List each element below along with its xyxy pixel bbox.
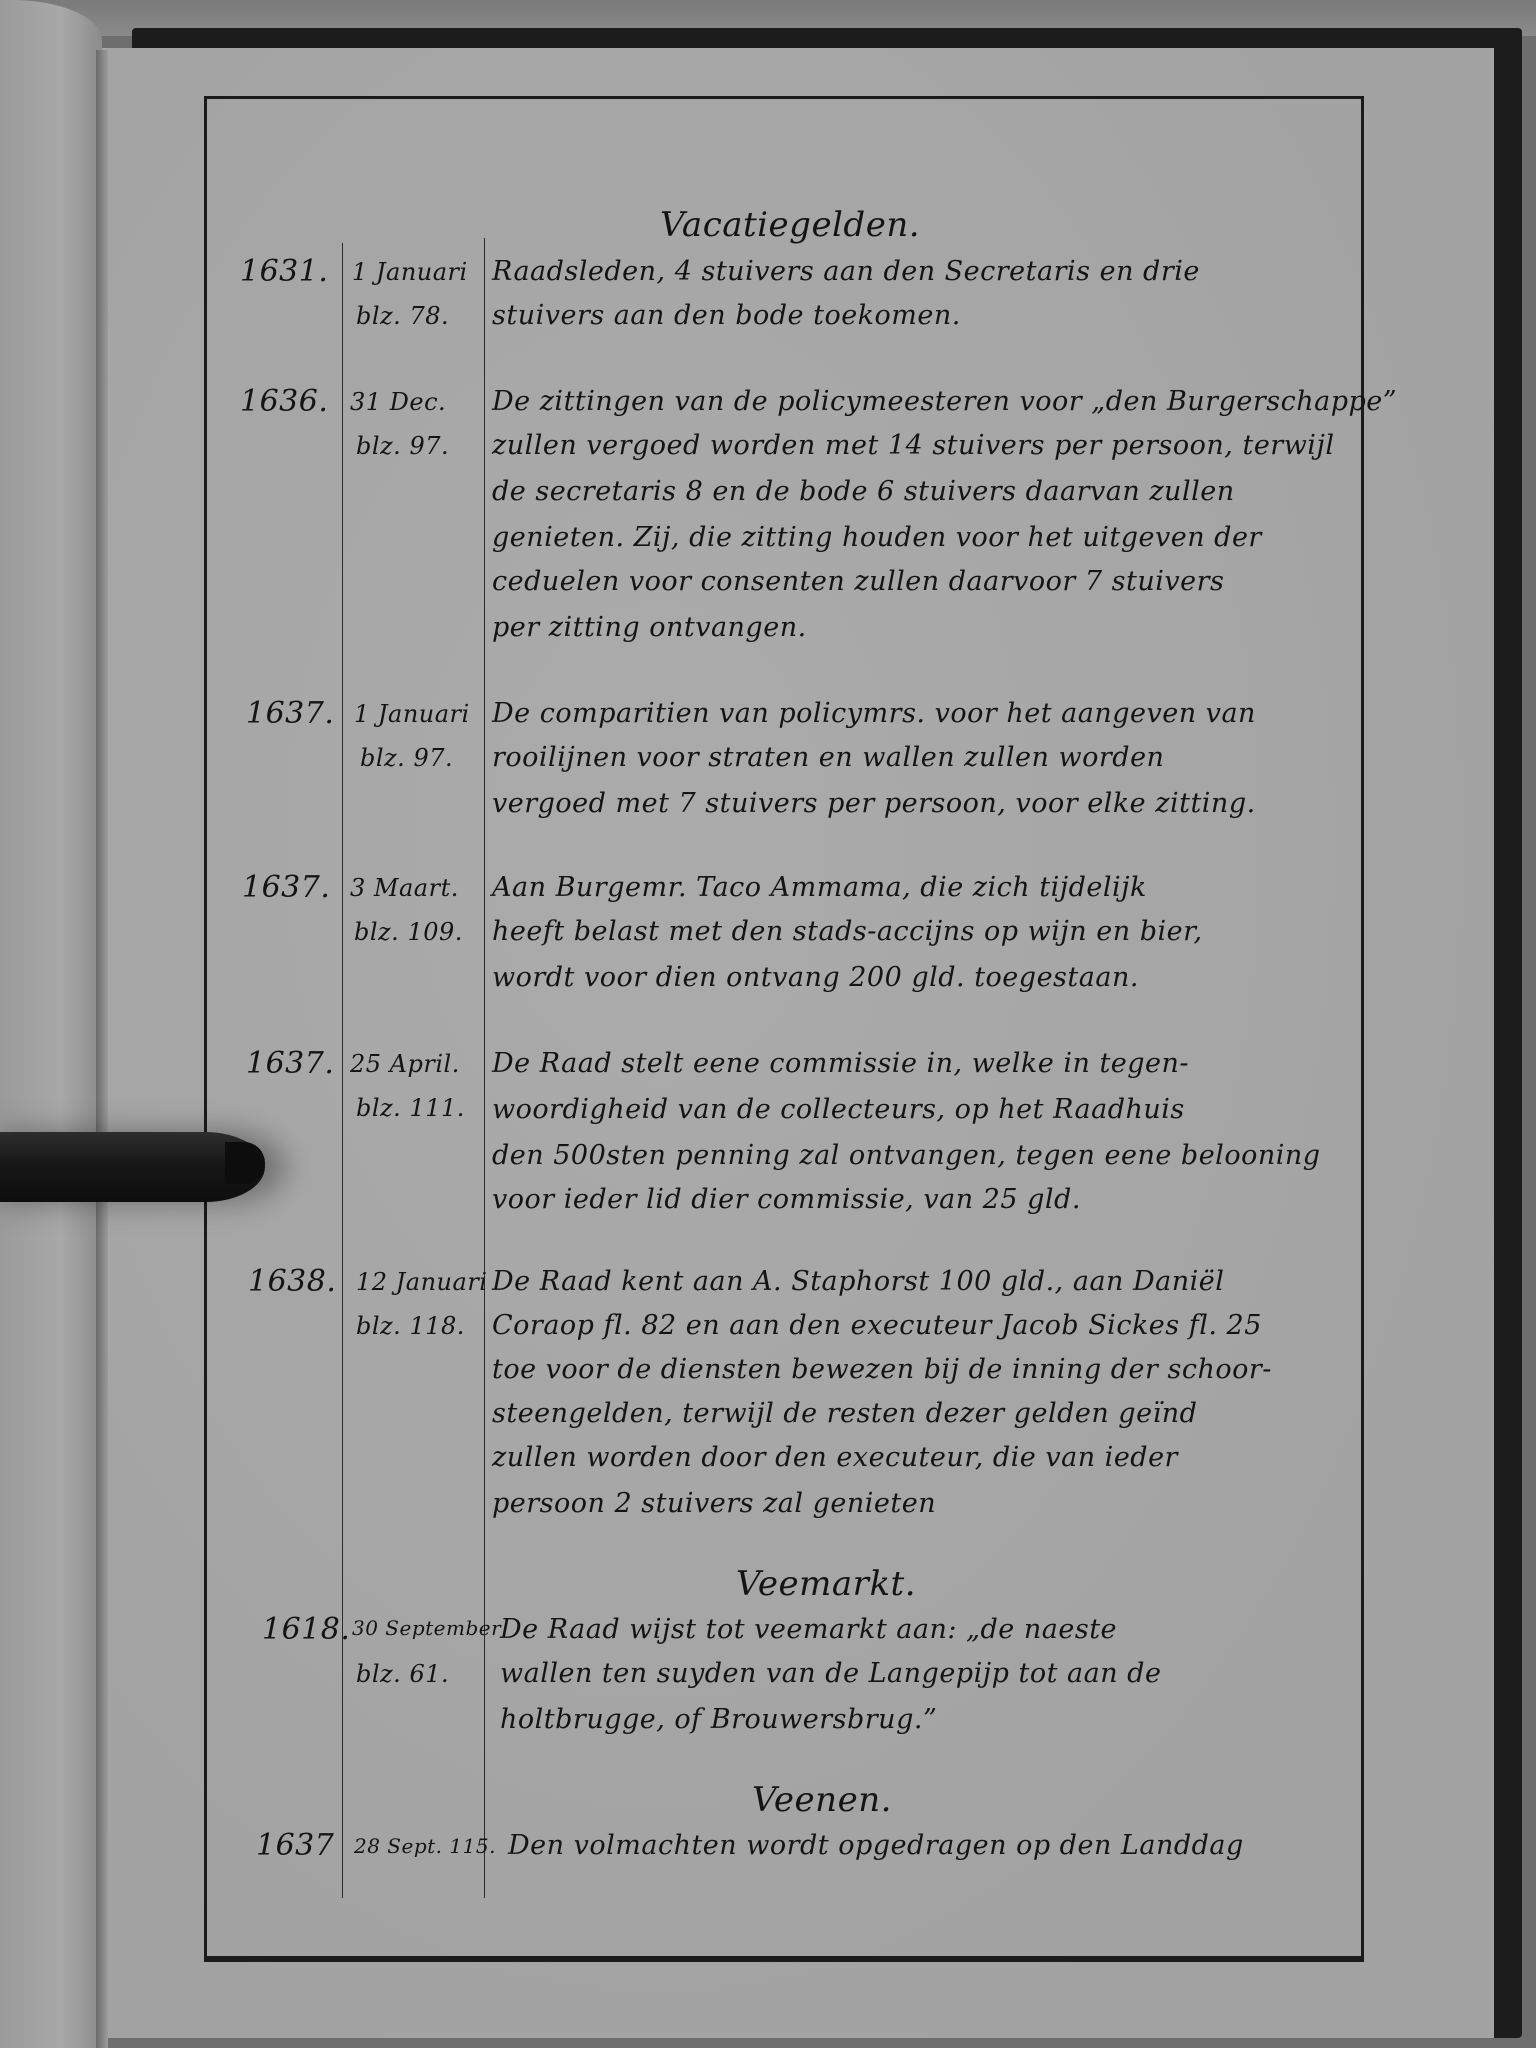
- entry-text-line: Den volmachten wordt opgedragen op den L…: [508, 1830, 1244, 1861]
- entry-date: 1 Januari: [352, 258, 468, 286]
- entry-year: 1637.: [246, 696, 334, 731]
- entry-year: 1637.: [242, 870, 330, 905]
- entry-text-line: ceduelen voor consenten zullen daarvoor …: [492, 566, 1224, 597]
- section-heading: Veenen.: [752, 1780, 892, 1820]
- entry-year: 1618.: [262, 1612, 350, 1647]
- entry-text-line: toe voor de diensten bewezen bij de inni…: [492, 1354, 1272, 1385]
- entry-year: 1638.: [248, 1264, 336, 1299]
- gutter-shadow: [96, 50, 108, 2048]
- entry-text-line: den 500sten penning zal ontvangen, tegen…: [492, 1140, 1321, 1171]
- entry-year: 1636.: [240, 384, 328, 419]
- entry-page-ref: blz. 111.: [356, 1094, 465, 1122]
- entry-page-ref: blz. 118.: [356, 1312, 465, 1340]
- entry-text-line: steengelden, terwijl de resten dezer gel…: [492, 1398, 1197, 1429]
- entry-page-ref: blz. 97.: [360, 744, 453, 772]
- entry-text-line: Aan Burgemr. Taco Ammama, die zich tijde…: [492, 872, 1147, 903]
- entry-text-line: de secretaris 8 en de bode 6 stuivers da…: [492, 476, 1235, 507]
- section-heading: Veemarkt.: [736, 1564, 916, 1604]
- pen-tip: [225, 1142, 265, 1184]
- entry-year: 1637: [256, 1828, 334, 1863]
- entry-text-line: De comparitien van policymrs. voor het a…: [492, 698, 1256, 729]
- entry-text-line: vergoed met 7 stuivers per persoon, voor…: [492, 788, 1256, 819]
- entry-text-line: zullen worden door den executeur, die va…: [492, 1442, 1178, 1473]
- entry-text-line: Raadsleden, 4 stuivers aan den Secretari…: [492, 256, 1200, 287]
- entry-page-ref: blz. 61.: [356, 1660, 449, 1688]
- section-heading: Vacatiegelden.: [660, 205, 920, 245]
- entry-page-ref: blz. 78.: [356, 302, 449, 330]
- entry-text-line: De Raad stelt eene commissie in, welke i…: [492, 1048, 1189, 1079]
- entry-text-line: De zittingen van de policymeesteren voor…: [492, 386, 1397, 417]
- entry-page-ref: blz. 109.: [354, 918, 463, 946]
- entry-text-line: Coraop fl. 82 en aan den executeur Jacob…: [492, 1310, 1262, 1341]
- entry-text-line: wordt voor dien ontvang 200 gld. toegest…: [492, 962, 1139, 993]
- entry-text-line: woordigheid van de collecteurs, op het R…: [492, 1094, 1185, 1125]
- entry-date: 25 April.: [350, 1050, 460, 1078]
- entry-text-line: genieten. Zij, die zitting houden voor h…: [492, 522, 1262, 553]
- entry-date: 1 Januari: [354, 700, 470, 728]
- entry-text-line: heeft belast met den stads-accijns op wi…: [492, 916, 1203, 947]
- left-facing-page: [0, 0, 102, 2048]
- entry-date: 31 Dec.: [350, 388, 446, 416]
- entry-date: 3 Maart.: [350, 874, 459, 902]
- column-rule-date: [342, 243, 343, 1898]
- entry-year: 1637.: [246, 1046, 334, 1081]
- entry-date: 12 Januari: [356, 1268, 487, 1296]
- entry-date: 30 September: [352, 1616, 501, 1640]
- entry-text-line: stuivers aan den bode toekomen.: [492, 300, 961, 331]
- entry-text-line: zullen vergoed worden met 14 stuivers pe…: [492, 430, 1334, 461]
- entry-text-line: De Raad kent aan A. Staphorst 100 gld., …: [492, 1266, 1224, 1297]
- entry-date: 28 Sept. 115.: [354, 1834, 496, 1858]
- entry-text-line: per zitting ontvangen.: [492, 612, 807, 643]
- column-rule-text: [484, 238, 485, 1898]
- entry-text-line: holtbrugge, of Brouwersbrug.”: [500, 1704, 937, 1735]
- entry-text-line: wallen ten suyden van de Langepijp tot a…: [500, 1658, 1161, 1689]
- entry-text-line: rooilijnen voor straten en wallen zullen…: [492, 742, 1164, 773]
- entry-text-line: De Raad wijst tot veemarkt aan: „de naes…: [500, 1614, 1117, 1645]
- entry-text-line: persoon 2 stuivers zal genieten: [492, 1488, 936, 1519]
- entry-year: 1631.: [240, 254, 328, 289]
- entry-page-ref: blz. 97.: [356, 432, 449, 460]
- entry-text-line: voor ieder lid dier commissie, van 25 gl…: [492, 1184, 1081, 1215]
